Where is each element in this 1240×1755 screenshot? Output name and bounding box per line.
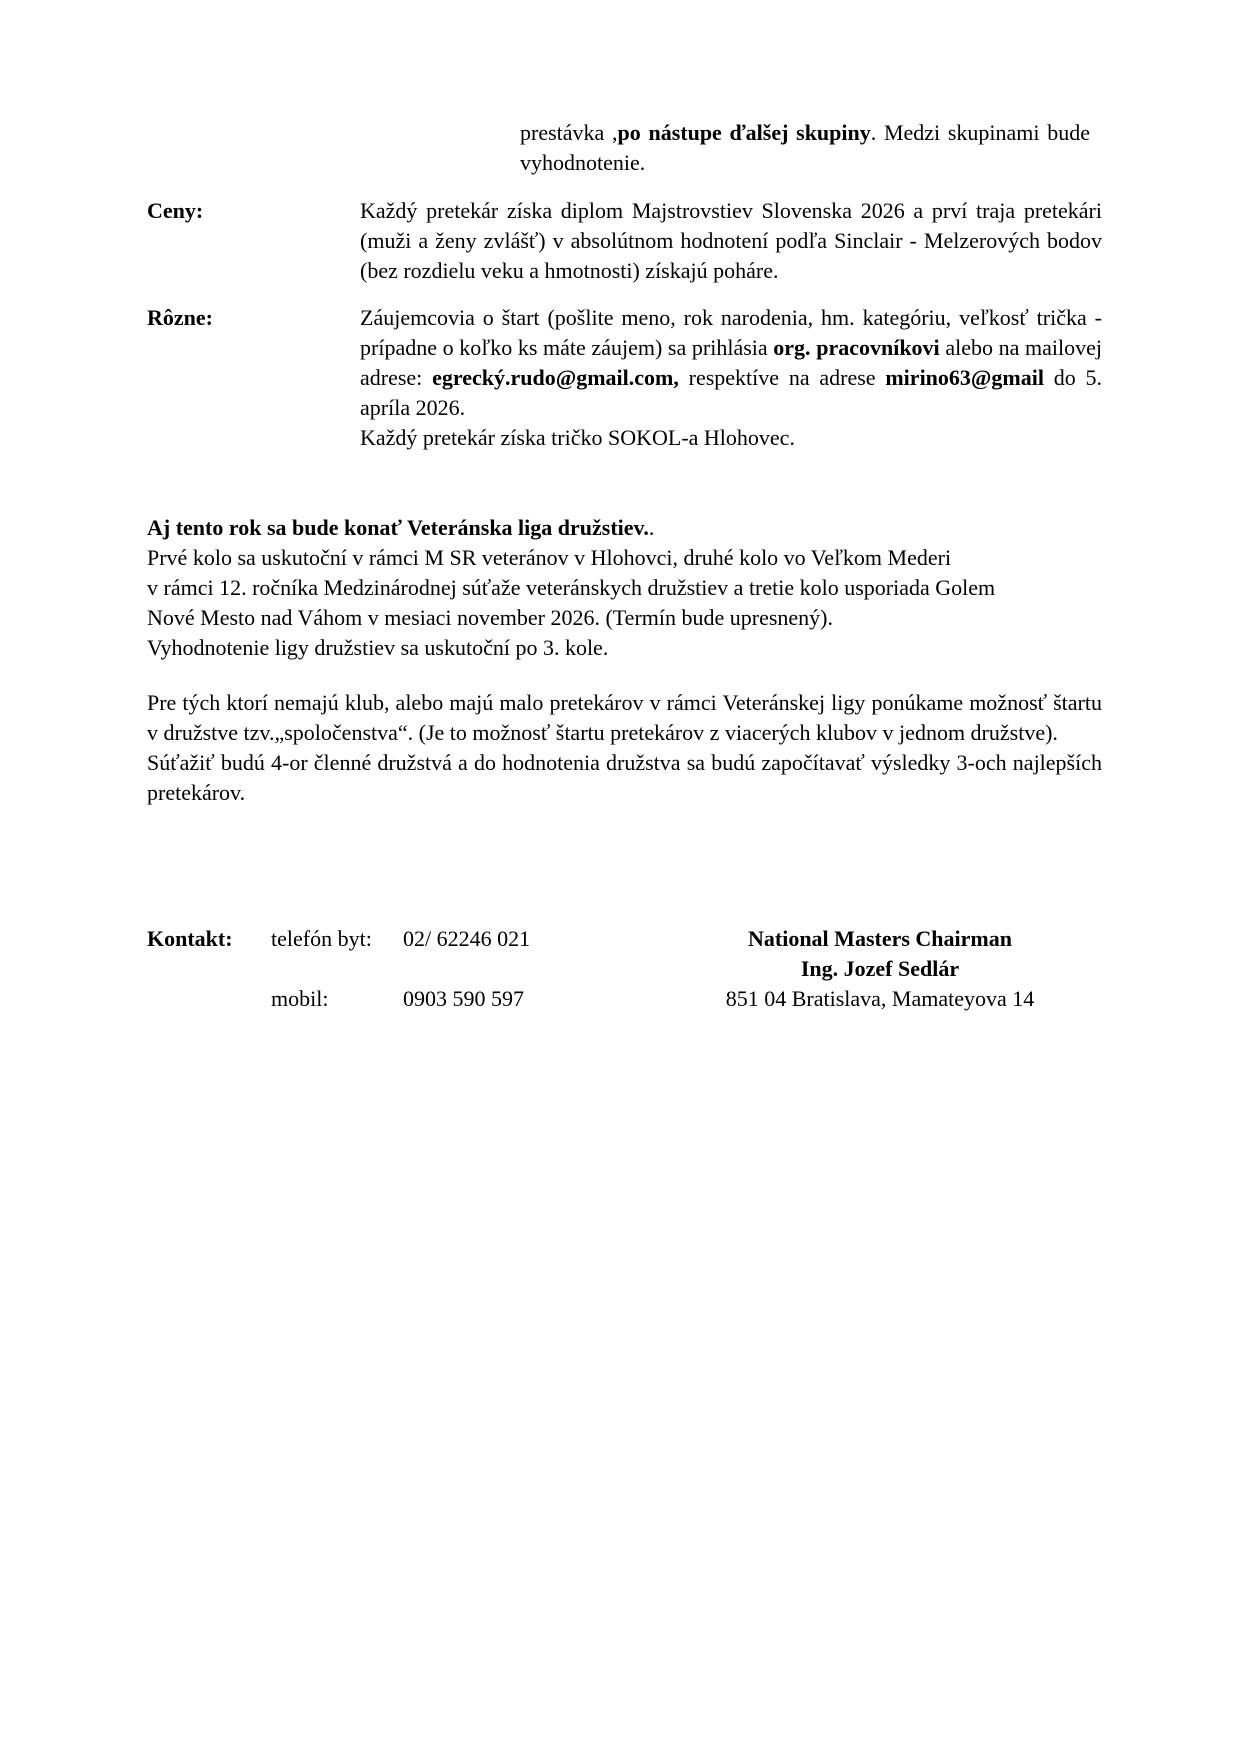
league-heading-suffix: . (649, 515, 655, 540)
tshirt-note: Každý pretekár získa tričko SOKOL-a Hloh… (360, 423, 1102, 453)
mobile-number[interactable]: 0903 590 597 (403, 984, 524, 1014)
misc-text: Záujemcovia o štart (pošlite meno, rok n… (360, 303, 1102, 453)
prizes-label: Ceny: (147, 196, 203, 226)
league-section: Aj tento rok sa bude konať Veteránska li… (147, 513, 1102, 663)
team-section: Pre tých ktorí nemajú klub, alebo majú m… (147, 688, 1102, 808)
signature-title: National Masters Chairman (748, 926, 1012, 951)
phone-number[interactable]: 02/ 62246 021 (403, 924, 530, 954)
phone-label: telefón byt: (271, 924, 372, 954)
mobile-label: mobil: (271, 984, 328, 1014)
prizes-text: Každý pretekár získa diplom Majstrovstie… (360, 196, 1102, 286)
signature-name: Ing. Jozef Sedlár (801, 956, 959, 981)
league-heading: Aj tento rok sa bude konať Veteránska li… (147, 515, 649, 540)
continuation-text-bold: po nástupe ďalšej skupiny (618, 120, 871, 145)
league-line: Prvé kolo sa uskutoční v rámci M SR vete… (147, 543, 1102, 573)
email-link-secondary[interactable]: mirino63@gmail (885, 365, 1044, 390)
misc-label: Rôzne: (147, 303, 213, 333)
email-link-primary[interactable]: egrecký.rudo@gmail.com, (432, 365, 679, 390)
misc-part3: respektíve na adrese (679, 365, 886, 390)
contact-label: Kontakt: (147, 924, 233, 954)
team-paragraph-2: Súťažiť budú 4-or členné družstvá a do h… (147, 748, 1102, 808)
misc-org-staff: org. pracovníkovi (773, 335, 939, 360)
continuation-text-pre: prestávka , (520, 120, 618, 145)
league-line: v rámci 12. ročníka Medzinárodnej súťaže… (147, 573, 1102, 603)
signature-address: 851 04 Bratislava, Mamateyova 14 (640, 984, 1120, 1014)
team-paragraph-1: Pre tých ktorí nemajú klub, alebo majú m… (147, 688, 1102, 748)
league-line: Nové Mesto nad Váhom v mesiaci november … (147, 603, 1102, 633)
signature-block: National Masters Chairman Ing. Jozef Sed… (640, 924, 1120, 1014)
schedule-continuation: prestávka ,po nástupe ďalšej skupiny. Me… (520, 118, 1090, 178)
league-line: Vyhodnotenie ligy družstiev sa uskutoční… (147, 633, 1102, 663)
